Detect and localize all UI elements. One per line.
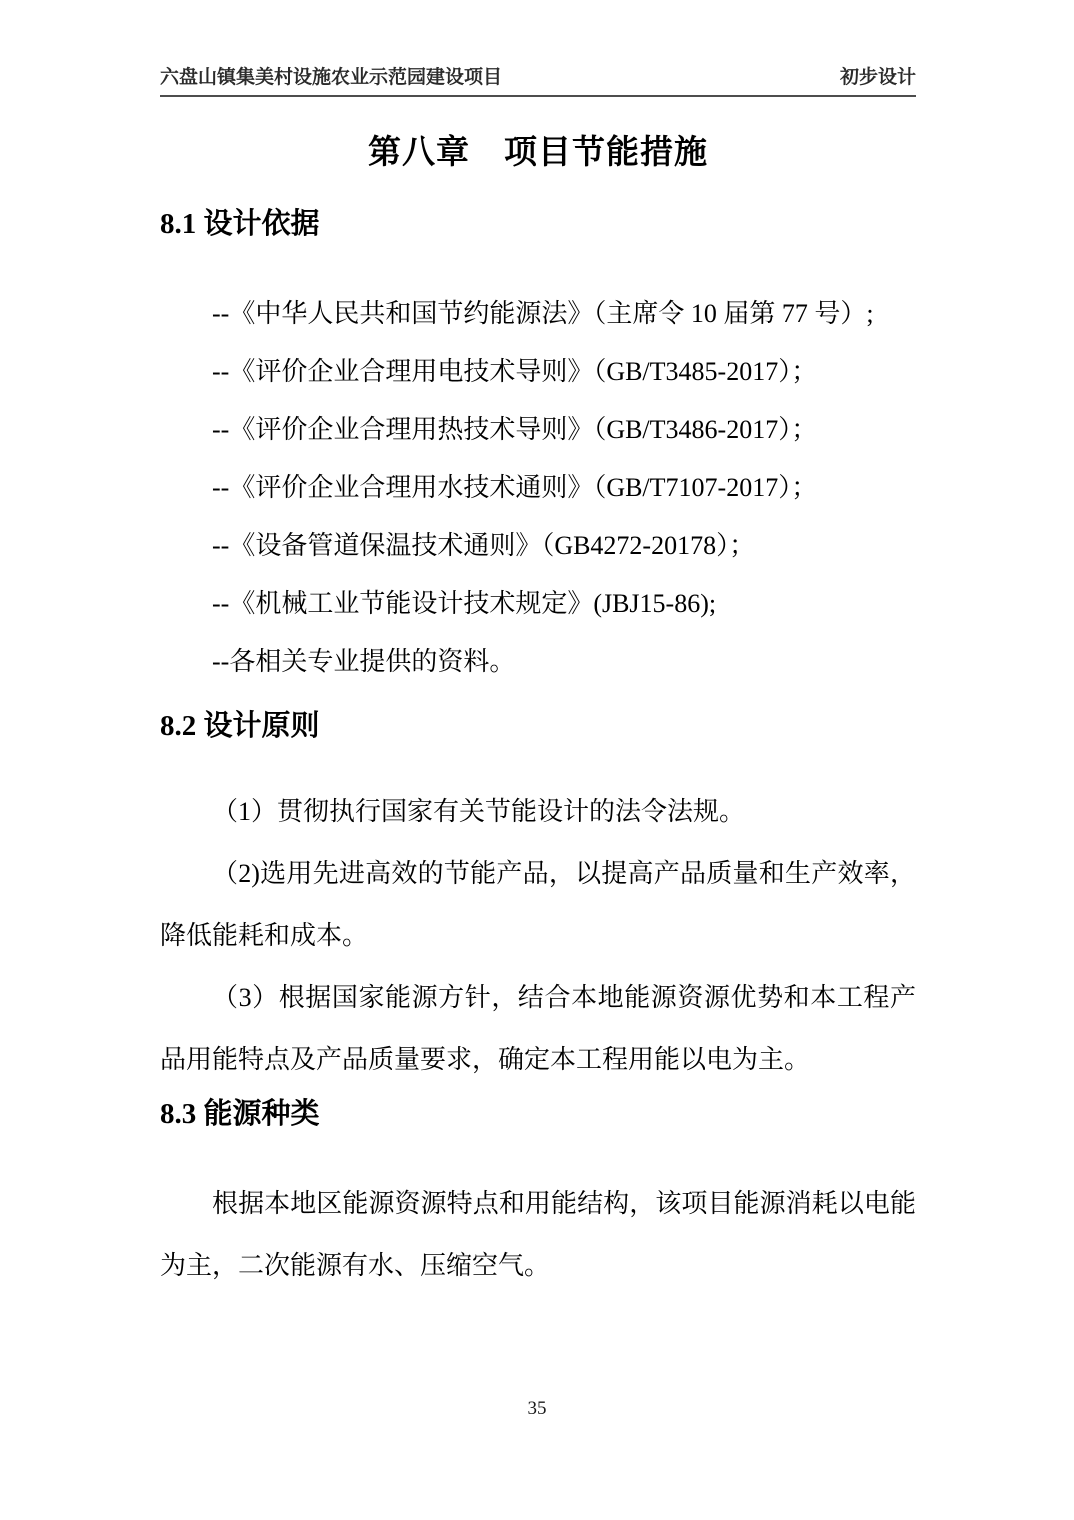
page-content: 六盘山镇集美村设施农业示范园建设项目 初步设计 第八章 项目节能措施 8.1 设…	[160, 0, 916, 1297]
principle-paragraph: （1）贯彻执行国家有关节能设计的法令法规。	[160, 781, 916, 843]
energy-paragraph: 根据本地区能源资源特点和用能结构，该项目能源消耗以电能为主，二次能源有水、压缩空…	[160, 1173, 916, 1297]
chapter-title: 第八章 项目节能措施	[160, 131, 916, 175]
reference-item: --《中华人民共和国节约能源法》（主席令 10 届第 77 号）;	[160, 285, 916, 343]
reference-item: --《评价企业合理用电技术导则》（GB/T3485-2017）；	[160, 343, 916, 401]
reference-item: --《机械工业节能设计技术规定》(JBJ15-86);	[160, 575, 916, 633]
section-heading-8-2: 8.2 设计原则	[160, 707, 916, 745]
section-heading-8-3: 8.3 能源种类	[160, 1095, 916, 1133]
page-header: 六盘山镇集美村设施农业示范园建设项目 初步设计	[160, 64, 916, 97]
design-principles: （1）贯彻执行国家有关节能设计的法令法规。 （2)选用先进高效的节能产品，以提高…	[160, 781, 916, 1091]
header-doc-stage: 初步设计	[840, 64, 916, 92]
reference-item: --各相关专业提供的资料。	[160, 633, 916, 691]
document-page: 六盘山镇集美村设施农业示范园建设项目 初步设计 第八章 项目节能措施 8.1 设…	[0, 0, 1074, 1520]
reference-list: --《中华人民共和国节约能源法》（主席令 10 届第 77 号）; --《评价企…	[160, 285, 916, 691]
reference-item: --《评价企业合理用热技术导则》（GB/T3486-2017）；	[160, 401, 916, 459]
section-heading-8-1: 8.1 设计依据	[160, 205, 916, 243]
header-project-title: 六盘山镇集美村设施农业示范园建设项目	[160, 64, 502, 92]
principle-paragraph: （3）根据国家能源方针，结合本地能源资源优势和本工程产品用能特点及产品质量要求，…	[160, 967, 916, 1091]
energy-types: 根据本地区能源资源特点和用能结构，该项目能源消耗以电能为主，二次能源有水、压缩空…	[160, 1173, 916, 1297]
reference-item: --《设备管道保温技术通则》（GB4272-20178）；	[160, 517, 916, 575]
reference-item: --《评价企业合理用水技术通则》（GB/T7107-2017）；	[160, 459, 916, 517]
principle-paragraph: （2)选用先进高效的节能产品，以提高产品质量和生产效率，降低能耗和成本。	[160, 843, 916, 967]
page-number: 35	[0, 1398, 1074, 1420]
